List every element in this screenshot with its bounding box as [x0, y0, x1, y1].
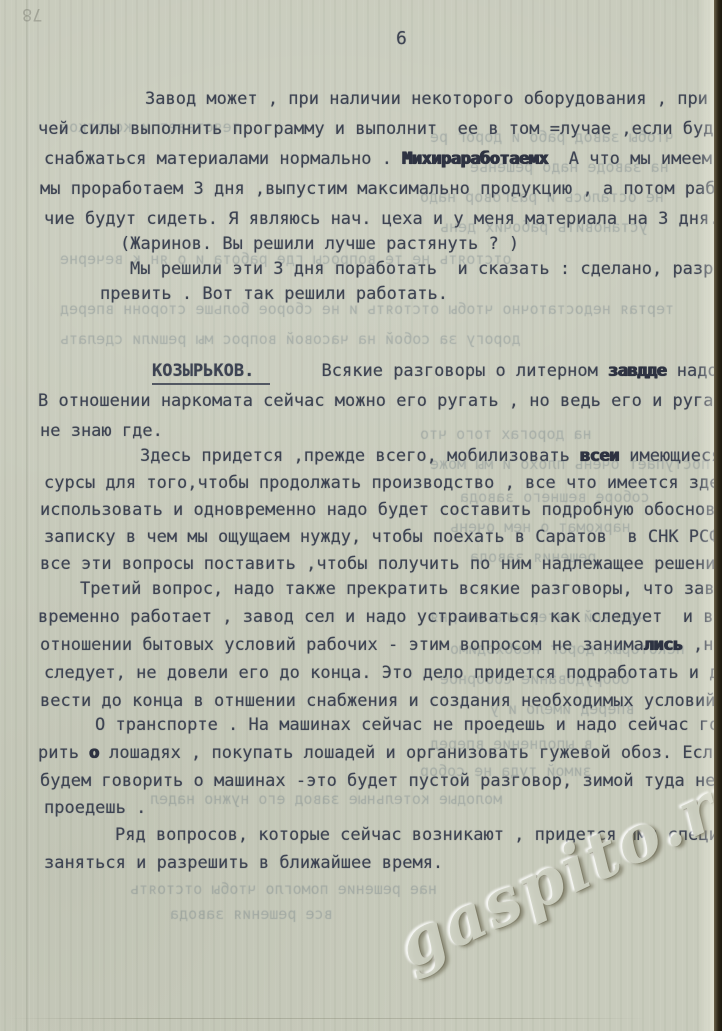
text-segment: вести до конца в отншении снабжения и со…: [40, 691, 722, 711]
text-line: временно работает , завод сел и надо уст…: [38, 606, 714, 628]
text-segment: Третий вопрос, надо также прекратить вся…: [80, 579, 722, 599]
text-segment: отношении бытовых условий рабочих - этим…: [40, 635, 644, 655]
text-segment: А что мы имеем: [548, 149, 712, 169]
text-segment: следует, не довели его до конца. Это дел…: [44, 663, 722, 683]
text-segment: записку в чем мы ощущаем нужду, чтобы по…: [44, 527, 722, 547]
text-segment: КОЗЫРЬКОВ.: [152, 361, 270, 385]
text-segment: временно работает , завод сел и надо уст…: [38, 607, 714, 627]
bleed-through-fragment: все решения завода: [170, 905, 333, 923]
bottom-crease: [8, 1018, 648, 1019]
text-line: использовать и одновременно надо будет с…: [40, 499, 716, 521]
text-segment: [270, 361, 321, 381]
text-segment: использовать и одновременно надо будет с…: [40, 500, 716, 520]
text-segment: заняться и разрешить в ближайшее время.: [44, 853, 443, 873]
text-segment: не знаю где.: [40, 421, 163, 441]
page-curl-highlight: [697, 0, 715, 1031]
text-line: чие будут сидеть. Я являюсь нач. цеха и …: [44, 208, 720, 230]
text-segment: В отношении наркомата сейчас можно его р…: [38, 391, 722, 411]
text-line: мы проработаем 3 дня ,выпустим максималь…: [40, 178, 722, 200]
text-segment: все эти вопросы поставить ,чтобы получит…: [40, 554, 716, 574]
text-segment: О транспорте . На машинах сейчас не прое…: [95, 715, 722, 735]
text-line: будем говорить о машинах -это будет пуст…: [40, 770, 716, 792]
text-segment: лошадях , покупать лошадей и организоват…: [99, 743, 722, 763]
text-segment: чей силы выполнить программу и выполнит …: [38, 119, 714, 139]
text-line: не знаю где.: [40, 420, 163, 442]
text-line: следует, не довели его до конца. Это дел…: [44, 662, 722, 684]
text-line: отношении бытовых условий рабочих - этим…: [40, 634, 722, 656]
text-segment: Мы решили эти 3 дня поработать и сказать…: [130, 259, 722, 279]
bleed-through-fragment: на дорогах того что: [420, 425, 592, 443]
text-line: КОЗЫРЬКОВ. Всякие разговоры о литерном з…: [152, 360, 722, 382]
left-fold-crease: [26, 0, 30, 1031]
text-segment: будем говорить о машинах -это будет пуст…: [40, 771, 716, 791]
text-line: Завод может , при наличии некоторого обо…: [145, 88, 722, 110]
text-segment: мы проработаем 3 дня ,выпустим максималь…: [40, 179, 722, 199]
text-segment: рить: [38, 743, 89, 763]
text-line: заняться и разрешить в ближайшее время.: [44, 852, 443, 874]
text-line: (Жаринов. Вы решили лучше растянуть ? ): [120, 233, 519, 255]
text-line: снабжаться материалами нормально . Михир…: [44, 148, 712, 170]
text-line: все эти вопросы поставить ,чтобы получит…: [40, 553, 716, 575]
text-line: сурсы для того,чтобы продолжать производ…: [44, 472, 722, 494]
text-line: превить . Вот так решили работать.: [100, 283, 448, 305]
text-segment: сурсы для того,чтобы продолжать производ…: [44, 473, 722, 493]
scanned-document-page: 78теяотеает и короткоечтобы завод рабо и…: [0, 0, 722, 1031]
text-segment: чие будут сидеть. Я являюсь нач. цеха и …: [44, 209, 720, 229]
text-line: Здесь придется ,прежде всего, мобилизова…: [140, 445, 722, 467]
text-line: вести до конца в отншении снабжения и со…: [40, 690, 722, 712]
text-line: рить о лошадях , покупать лошадей и орга…: [38, 742, 722, 764]
text-segment: превить . Вот так решили работать.: [100, 284, 448, 304]
text-segment: снабжаться материалами нормально .: [44, 149, 402, 169]
text-line: В отношении наркомата сейчас можно его р…: [38, 390, 722, 412]
text-line: Мы решили эти 3 дня поработать и сказать…: [130, 258, 722, 280]
text-segment: Завод может , при наличии некоторого обо…: [145, 89, 722, 109]
bleed-through-fragment: дорогу за собой на часовой вопрос мы реш…: [60, 330, 521, 348]
text-segment: Здесь придется ,прежде всего, мобилизова…: [140, 446, 580, 466]
bleed-through-fragment: молодые котельные завод его нужно надел: [150, 790, 502, 808]
text-line: записку в чем мы ощущаем нужду, чтобы по…: [44, 526, 722, 548]
text-segment: о: [89, 743, 99, 763]
text-line: О транспорте . На машинах сейчас не прое…: [95, 714, 722, 736]
page-number: 6: [396, 28, 407, 49]
bleed-through-fragment: нае решение помогло чтобы отстоять: [130, 880, 437, 898]
text-segment: (Жаринов. Вы решили лучше растянуть ? ): [120, 234, 519, 254]
text-segment: лись: [644, 635, 683, 655]
text-segment: завдде: [608, 361, 666, 381]
text-line: проедешь .: [44, 797, 146, 819]
text-line: Третий вопрос, надо также прекратить вся…: [80, 578, 722, 600]
text-segment: всеи: [580, 446, 619, 466]
text-segment: Михираработаемх: [402, 149, 548, 169]
scan-edge-shadow: [714, 0, 722, 1031]
text-segment: проедешь .: [44, 798, 146, 818]
text-line: чей силы выполнить программу и выполнит …: [38, 118, 714, 140]
text-segment: Всякие разговоры о литерном: [322, 361, 609, 381]
